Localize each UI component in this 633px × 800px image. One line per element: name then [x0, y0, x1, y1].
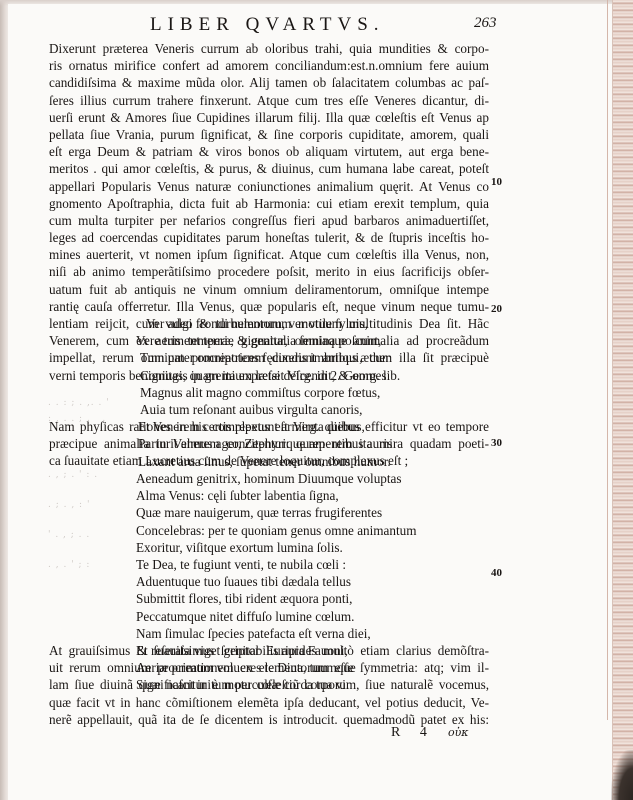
- verse-line: Submittit flores, tibi rident æquora pon…: [136, 590, 417, 607]
- text-line: ſeres illius currum trahere finxerunt. A…: [49, 92, 489, 109]
- verse-line: Te Dea, te fugiunt venti, te nubila cœli…: [136, 556, 417, 573]
- catchword: οὐκ: [448, 726, 469, 739]
- page-number: 263: [474, 15, 497, 32]
- text-line: eſt erga Deum & patriam & viros bonos ob…: [49, 143, 489, 160]
- margin-line-number: 30: [491, 437, 502, 449]
- paragraph-3: At grauiſsimus & ſuauiſsimus ſcriptor Eu…: [49, 642, 489, 728]
- show-through-text: . , . ' ; :: [48, 560, 90, 570]
- margin-line-number: 10: [491, 176, 502, 188]
- stacked-page-edges: [612, 0, 633, 800]
- verse-line: Vere tument terræ, & genitalia ſemina po…: [136, 332, 392, 349]
- verse-line: Nam ſimulac ſpecies patefacta eſt verna …: [136, 625, 417, 642]
- verse-line: Alma Venus: cęli ſubter labentia ſigna,: [136, 487, 417, 504]
- text-line: appellari Popularis Venus naturæ coniunc…: [49, 178, 489, 195]
- verse-line: Tum pater omnipotens fęcundis imbribus æ…: [136, 349, 392, 366]
- text-line: præcipue animalia in Venerem concitentur…: [49, 435, 489, 452]
- text-line: mines auerterit, vt nomen ipſum ſignific…: [49, 246, 489, 263]
- show-through-text: . . : ; . ,. . ': [48, 398, 110, 408]
- margin-line-number: 40: [491, 567, 502, 579]
- show-through-text: ' . , ; . .: [48, 530, 90, 540]
- paragraph-2: Nam phyſicas rationes in his complexus e…: [49, 418, 489, 470]
- verse-line: Concelebras: per te quoniam genus omne a…: [136, 522, 417, 539]
- show-through-text: . ; . , : ': [48, 500, 90, 510]
- text-line: cum multa turpiter per nefarios congreſſ…: [49, 212, 489, 229]
- text-line: niſi ab animo temperãtiſsimo procedere p…: [49, 263, 489, 280]
- text-line: rantię cauſa offerretur. Illa Venus, quæ…: [49, 298, 489, 315]
- text-line: candidiſsima & maxime mũda olor. Alij ta…: [49, 74, 489, 91]
- text-line: ris ornatus mirifice confert ad amorem c…: [49, 57, 489, 74]
- verse-line: Auia tum reſonant auibus virgulta canori…: [136, 401, 392, 418]
- verse-line: Aduentuque tuo ſuaues tibi dædala tellus: [136, 573, 417, 590]
- verse-line: Ver adeo frondi nemorum, ver vtile ſylui…: [136, 315, 392, 332]
- text-line: lam ſiue diuinã quæ naſcitur è motu cœle…: [49, 676, 489, 693]
- margin-line-number: 20: [491, 303, 502, 315]
- text-line: gnomento Apoſtraphia, dicta fuit ab Harm…: [49, 195, 489, 212]
- verse-line: Coniugis in gremium lætæ deſcendit, & om…: [136, 367, 392, 384]
- text-line: meritos . qui amor cœleſtis, & purus, & …: [49, 160, 489, 177]
- text-line: uit rerum omnium procreationem ex elemen…: [49, 659, 489, 676]
- verse-line: Quæ mare nauigerum, quæ terras frugifere…: [136, 504, 417, 521]
- text-line: quæ facit vt in hanc cõmiſtionem elemẽta…: [49, 694, 489, 711]
- verse-line: Magnus alit magno commiſtus corpore fœtu…: [136, 384, 392, 401]
- running-head: LIBER QVARTVS.: [150, 14, 385, 36]
- text-line: leges ad coercendas cupiditates parum ho…: [49, 229, 489, 246]
- text-line: pellata ſiue Vrania, purum ſignificat, &…: [49, 126, 489, 143]
- verse-line: Aeneadum genitrix, hominum Diuumque volu…: [136, 470, 417, 487]
- show-through-text: . , ; . ' : .: [48, 470, 98, 480]
- text-line: Dixerunt præterea Veneris currum ab olor…: [49, 40, 489, 57]
- corner-shadow: [611, 750, 633, 800]
- text-line: Nam phyſicas rationes in his complexus e…: [49, 418, 489, 435]
- verse-line: Peccatumque nitet diffuſo lumine cœlum.: [136, 608, 417, 625]
- text-line: uerſi erunt & Amores ſiue Cupidines illa…: [49, 109, 489, 126]
- text-line: ca ſuauitate etiam Lucretius cum de Vene…: [49, 452, 489, 469]
- signature-mark: R 4: [391, 725, 435, 741]
- verse-line: Exoritur, viſitque exortum lumina ſolis.: [136, 539, 417, 556]
- text-line: uatum fuit ab antiquis ne vinum omnium d…: [49, 281, 489, 298]
- text-line: At grauiſsimus & ſuauiſsimus ſcriptor Eu…: [49, 642, 489, 659]
